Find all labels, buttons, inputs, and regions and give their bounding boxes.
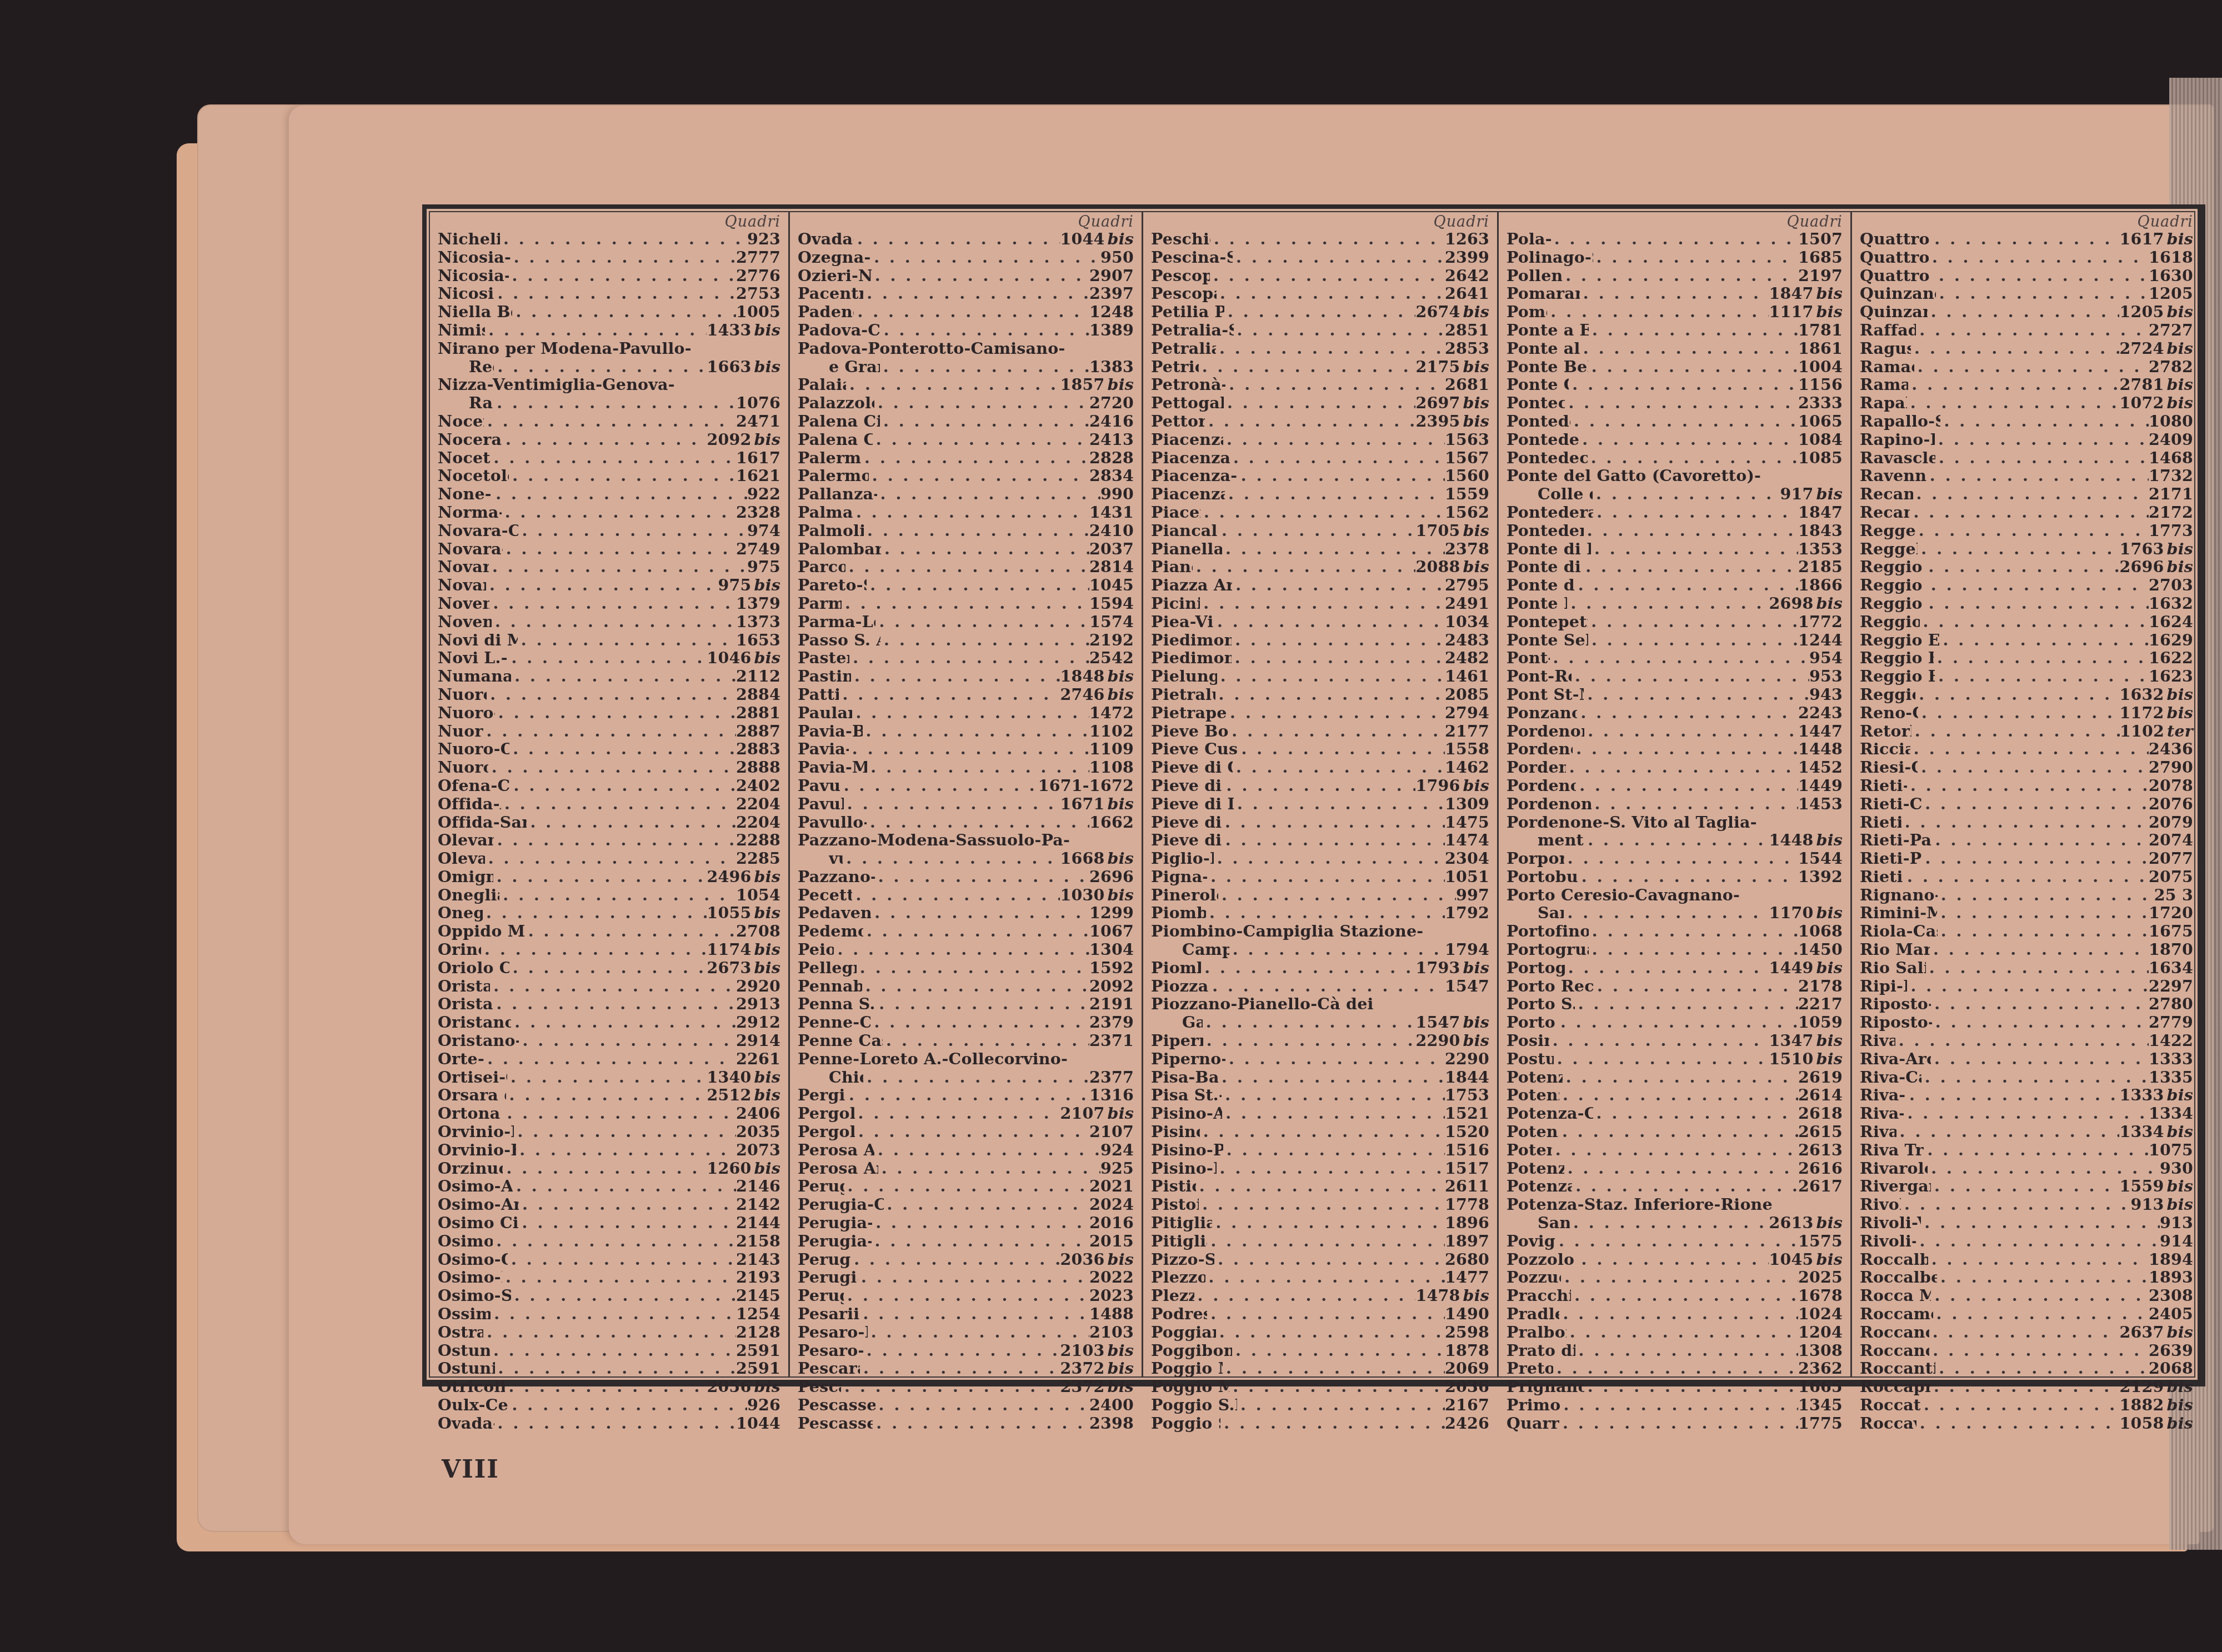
table-number-suffix: bis: [754, 1085, 780, 1104]
leader-dots: [492, 485, 747, 503]
table-number-suffix: bis: [2167, 229, 2193, 248]
index-entry: Orzinuovi-Chiari-Rovato1260bis: [438, 1159, 780, 1178]
table-number: 1663bis: [707, 358, 780, 376]
index-entry: Piea-Villanova d'Asti1034: [1151, 613, 1489, 631]
table-number-value: 925: [1100, 1159, 1134, 1178]
leader-dots: [1207, 1305, 1445, 1323]
index-entry: Perugia-Corciano-Perugia2016: [798, 1214, 1134, 1232]
table-number: 1433bis: [707, 321, 780, 339]
index-entry: Perugia-Monteluce2036bis: [798, 1250, 1134, 1269]
index-entry: Novi di Mod.-Modena-Carpi1653: [438, 631, 780, 649]
leader-dots: [863, 1341, 1060, 1360]
table-number: 1248: [1089, 303, 1134, 321]
table-number: 1477: [1445, 1268, 1489, 1286]
table-number-suffix: bis: [1463, 776, 1489, 795]
table-number: 1205bis: [2119, 303, 2193, 321]
table-number-value: 2907: [1089, 266, 1134, 285]
leader-dots: [1935, 267, 2149, 285]
station-route-name: Novara-Furnari Staz.: [438, 540, 503, 558]
leader-dots: [844, 795, 1060, 813]
table-number: 2920: [736, 977, 780, 995]
leader-dots: [840, 777, 1038, 795]
table-number: 2637bis: [2119, 1323, 2193, 1341]
table-number: 2076: [2149, 795, 2193, 813]
table-number: 1705bis: [1415, 522, 1489, 540]
table-number-value: 1732: [2149, 466, 2193, 485]
station-route-name: Rieti-Poggio Mirteto: [1860, 849, 1921, 868]
table-number-suffix: bis: [1816, 1213, 1843, 1232]
table-number: 2092: [1089, 977, 1134, 995]
leader-dots: [1563, 1068, 1798, 1087]
leader-dots: [1223, 1359, 1445, 1378]
index-entry: Ozieri-Nughedu-S. Nicolò2907: [798, 267, 1134, 285]
table-number: 913bis: [2131, 1195, 2194, 1214]
index-entry: Sanatorio1170bis: [1507, 904, 1843, 922]
index-entry: Potenza-Avigliano2619: [1507, 1068, 1843, 1087]
table-number: 1084: [1798, 430, 1843, 449]
table-number: 974: [747, 522, 780, 540]
index-entry: Potenza-Montemilone2617: [1507, 1177, 1843, 1195]
table-number-suffix: bis: [754, 867, 780, 886]
table-number: 1629: [2149, 631, 2193, 649]
index-entry: Rapallo-S. Margherita Ligure1080: [1860, 412, 2193, 430]
table-number-value: 1778: [1445, 1195, 1489, 1214]
table-number: 1671-1672: [1038, 777, 1134, 795]
index-entry: Ozegna-S. Giorgio-Ivrea950: [798, 248, 1134, 267]
index-entry: Nizza-Ventimiglia-Genova-: [438, 376, 780, 394]
leader-dots: [1194, 1286, 1416, 1305]
table-number-value: 2297: [2149, 977, 2193, 995]
index-entry: Primolano-Feltre1345: [1507, 1396, 1843, 1414]
table-number-value: 1080: [2149, 412, 2193, 430]
table-number: 1392: [1798, 868, 1843, 886]
table-number-value: 2698: [1769, 594, 1813, 613]
table-number: 2078: [2149, 777, 2193, 795]
table-number: 1316: [1089, 1086, 1134, 1104]
table-number-value: 2288: [736, 830, 780, 849]
table-number: 1878: [1445, 1341, 1489, 1360]
table-number-value: 1045: [1769, 1250, 1813, 1269]
leader-dots: [844, 1177, 1089, 1195]
index-entry: Pisino-Portole-Trieste1517: [1151, 1159, 1489, 1178]
leader-dots: [1904, 1104, 2148, 1123]
leader-dots: [525, 922, 736, 940]
station-route-name: Penna S. Giovanni-Falerone: [798, 995, 875, 1013]
leader-dots: [502, 503, 736, 522]
table-number: 2512bis: [707, 1086, 780, 1104]
table-number-value: 1516: [1445, 1140, 1489, 1159]
leader-dots: [1588, 358, 1798, 376]
index-entry: Pontedera-Castelnuovo Val di C.1847: [1507, 503, 1843, 522]
index-entry: Pradleves-Cuneo1024: [1507, 1305, 1843, 1323]
table-number-value: 1575: [1798, 1232, 1843, 1250]
table-number: 2172: [2149, 503, 2193, 522]
table-number-value: 1005: [736, 302, 780, 321]
index-entry: Pergola-Sassoferrato2107bis: [798, 1104, 1134, 1123]
table-number: 1753: [1445, 1086, 1489, 1104]
table-number: 1623: [2149, 667, 2193, 685]
leader-dots: [1234, 795, 1445, 813]
table-number: 2399: [1445, 248, 1489, 267]
leader-dots: [872, 1232, 1089, 1250]
index-entry: Portogruaro-Stazione1449bis: [1507, 959, 1843, 977]
table-number-value: 2781: [2119, 375, 2164, 394]
station-route-name: Ponzano-Poggio Mirteto: [1507, 704, 1577, 722]
leader-dots: [862, 977, 1089, 995]
index-entry: Ostuni-Villanuova2591: [438, 1359, 780, 1378]
index-entry: Piedimonte d'Alife-Telese St.2482: [1151, 649, 1489, 667]
table-number-value: 1663: [707, 357, 751, 376]
station-route-name: Rapallo-S. Margherita Ligure: [1860, 412, 1940, 430]
index-entry: Pordenone-Pasiano1452: [1507, 758, 1843, 777]
leader-dots: [1565, 394, 1798, 412]
leader-dots: [484, 1050, 736, 1068]
table-number-value: 1678: [1798, 1286, 1843, 1305]
table-number-value: 923: [747, 229, 780, 248]
leader-dots: [1222, 1104, 1445, 1123]
table-number-value: 1897: [1445, 1232, 1489, 1250]
station-route-name: Numana-Osimo Stazione: [438, 667, 511, 685]
index-entry: Picinisco-Atina2491: [1151, 594, 1489, 613]
station-route-name: Piacenza-Cortemaggiore: [1151, 430, 1223, 449]
station-route-name: Piedimonte d'Alife-Telese St.: [1151, 649, 1232, 667]
table-number-value: 1108: [1089, 758, 1134, 777]
table-number: 1843: [1798, 522, 1843, 540]
table-number: 1562: [1445, 503, 1489, 522]
table-number-value: 1520: [1445, 1122, 1489, 1141]
station-route-name: Niella Belbo-Ponte Belbo: [438, 303, 512, 321]
index-entry: Oneglia-Ormea1055bis: [438, 904, 780, 922]
table-number-value: 1004: [1798, 357, 1843, 376]
index-entry: Pareto-Spigno Stazione1045: [798, 576, 1134, 594]
station-route-name: Penne-Civitella Casanova: [798, 1013, 870, 1032]
index-entry: Riva-Cascata-Varone1335: [1860, 1068, 2193, 1087]
table-number: 1308: [1798, 1341, 1843, 1360]
index-entry: Orvinio-Mandela Stazione2035: [438, 1123, 780, 1141]
table-number: 2178: [1798, 977, 1843, 995]
index-entry: Pescara-Pineta2372bis: [798, 1378, 1134, 1396]
station-route-name: Rignano-S. Marco in Lamis: [1860, 886, 1938, 904]
table-number-value: 1383: [1089, 357, 1134, 376]
index-entry: Pieve di Soligo-Bassano1475: [1151, 813, 1489, 832]
table-number: 1547bis: [1415, 1013, 1489, 1032]
table-number: 2883: [736, 740, 780, 758]
station-route-name: Novi L.-Francav.-Generassi: [438, 649, 508, 667]
table-number: 1379: [736, 594, 780, 613]
index-entry: Pieve Bovigliana-Camerino2177: [1151, 722, 1489, 740]
table-number-value: 2413: [1089, 430, 1134, 449]
table-number-value: 1468: [2149, 448, 2193, 467]
index-entry: Pettorano-Sulmona2395bis: [1151, 412, 1489, 430]
index-entry: Nocetolo-Reggio Emilia1621: [438, 467, 780, 485]
leader-dots: [509, 959, 707, 977]
table-number: 1475: [1445, 813, 1489, 832]
leader-dots: [514, 1123, 736, 1141]
station-route-name: Palombara-St. Fara Montelibr.: [798, 540, 881, 558]
table-number-value: 2076: [2149, 794, 2193, 813]
table-number-value: 1340: [707, 1068, 751, 1087]
table-number: 1848bis: [1060, 667, 1134, 685]
table-number: 1662: [1089, 813, 1134, 832]
table-number-value: 1044: [1060, 229, 1104, 248]
leader-dots: [1934, 649, 2149, 667]
leader-dots: [1921, 849, 2148, 868]
table-number: 1720: [2149, 904, 2193, 922]
table-number-value: 2197: [1798, 266, 1843, 285]
station-route-name: Pedavena-Feltro-Stazione: [798, 904, 871, 922]
table-number: 2304: [1445, 849, 1489, 868]
leader-dots: [854, 303, 1089, 321]
station-route-name: Pacentro-Introdacqua: [798, 284, 863, 303]
table-number-value: 1248: [1089, 302, 1134, 321]
leader-dots: [1906, 1086, 2120, 1104]
station-route-name: Pieve Cusignano-Borgo S.Donn.: [1151, 740, 1238, 758]
index-entry: Piperno-Piperno Stazione2290: [1151, 1050, 1489, 1068]
station-route-name: Quattro Castella-Langhirano: [1860, 230, 1931, 248]
table-number-value: 1051: [1445, 867, 1489, 886]
index-entry: Riesi-Caltanissetta2790: [1860, 758, 2193, 777]
leader-dots: [1232, 1341, 1445, 1360]
table-number: 1793bis: [1415, 959, 1489, 977]
index-entry: Raffadali-Girgenti2727: [1860, 321, 2193, 339]
index-entry: Ravenna-Porto Corsini1732: [1860, 467, 2193, 485]
station-route-name: Nicosia-Pirato Stazione: [438, 267, 509, 285]
table-number-suffix: bis: [1463, 393, 1489, 412]
index-entry: Padova-Chioggia-Sottomarina1389: [798, 321, 1134, 339]
station-route-name: Rivarolo-Forno-Rivara: [1860, 1159, 1928, 1178]
station-route-name: Reno-Gemonio-Varese: [1860, 704, 1918, 722]
table-number-value: 1034: [1445, 612, 1489, 631]
table-number-value: 2036: [1060, 1250, 1104, 1269]
table-number: 925: [1100, 1159, 1134, 1178]
table-number: 2782: [2149, 358, 2193, 376]
table-number: 2753: [736, 284, 780, 303]
index-entry: Orino-Cocquio1174bis: [438, 940, 780, 959]
index-entry: Potenza-Gravina2615: [1507, 1123, 1843, 1141]
table-number: 2611: [1445, 1177, 1489, 1195]
index-entry: Rivergaro-Montech. (chiesa)1559bis: [1860, 1177, 2193, 1195]
station-route-name: Rivoli-Valdellatorre: [1860, 1214, 1921, 1232]
leader-dots: [1940, 412, 2149, 430]
station-route-name: Piperno-Frosinone: [1151, 1032, 1203, 1050]
table-number: 1156: [1798, 376, 1843, 394]
index-entry: Pinerolo-Carmagnola997: [1151, 886, 1489, 904]
index-entry: Pielungo-Spilimbergo1461: [1151, 667, 1489, 685]
index-entry: Pecetto-Alessandria1030bis: [798, 886, 1134, 904]
index-entry: Poggio Moiano-Fara Sabina2036: [1151, 1378, 1489, 1396]
leader-dots: [1926, 959, 2149, 977]
table-number: 2613: [1798, 1141, 1843, 1159]
table-number: 1516: [1445, 1141, 1489, 1159]
station-route-name: Potenza-Staz. Inferiore-Rione: [1507, 1195, 1773, 1214]
station-route-name: Rivoli-Villarbasse: [1860, 1232, 1916, 1250]
index-entry: Pesariis-Comeglians1488: [798, 1305, 1134, 1323]
station-route-name: Rieti-Carsoli: [1860, 813, 1901, 832]
index-entry: Oristano-Neoneli2913: [438, 995, 780, 1013]
index-entry: Rieti-S. Lucia2075: [1860, 868, 2193, 886]
index-entry: Pescopagano-Eboli2642: [1151, 267, 1489, 285]
index-entry: Pescopagano-Rionero2641: [1151, 284, 1489, 303]
leader-dots: [1222, 831, 1445, 849]
table-number-value: 2426: [1445, 1414, 1489, 1433]
table-number: 2197: [1798, 267, 1843, 285]
table-number: 1547: [1445, 977, 1489, 995]
table-number-suffix: bis: [1463, 557, 1489, 576]
table-number-value: 1333: [2149, 1049, 2193, 1068]
station-route-name: Campiglia Paese: [1182, 940, 1229, 959]
station-route-name: Pordenone-Pasiano: [1507, 758, 1566, 777]
table-number-value: 1472: [1089, 703, 1134, 722]
table-number: 2085: [1445, 685, 1489, 704]
table-number: 1347bis: [1769, 1032, 1843, 1050]
index-entry: Pontecorvo-Formia2333: [1507, 394, 1843, 412]
leader-dots: [485, 321, 707, 339]
index-entry: Rio Saliceto-Reggio E.1634: [1860, 959, 2193, 977]
station-route-name: Pergine-Trento: [798, 1086, 845, 1104]
station-route-name: Parco-Palermo: [798, 558, 845, 576]
leader-dots: [845, 558, 1089, 576]
leader-dots: [1224, 303, 1415, 321]
index-entry: Perosa Arg.-Pragelato-Oulx925: [798, 1159, 1134, 1178]
station-route-name: Roccantica-Poggio Mirteto: [1860, 1359, 1935, 1378]
station-route-name: Petilia Policastro-Cutro Staz.: [1151, 303, 1224, 321]
table-number: 1594: [1089, 594, 1134, 613]
leader-dots: [512, 303, 735, 321]
table-number-value: 1068: [1798, 922, 1843, 940]
table-number: 2015: [1089, 1232, 1134, 1250]
index-entry: Piacenza-Gossolengo-Rivergaro1560: [1151, 467, 1489, 485]
table-number: 1861: [1798, 339, 1843, 358]
leader-dots: [1580, 339, 1798, 358]
index-entry: Rivarolo-Forno-Rivara930: [1860, 1159, 2193, 1178]
table-number-value: 1617: [736, 448, 780, 467]
index-entry: Oristano-Tresnuraghes-Bosa2914: [438, 1032, 780, 1050]
table-number-value: 2185: [1798, 557, 1843, 576]
station-route-name: Nuoro-Oliena: [438, 722, 483, 740]
table-number-suffix: bis: [1108, 375, 1134, 394]
station-route-name: Rivergaro-Montech. (chiesa): [1860, 1177, 1931, 1195]
station-route-name: Rapallo: [469, 394, 493, 412]
station-route-name: Pieve di Cadore-Villa Santina: [1151, 758, 1233, 777]
index-entry: Roccanova-S. Arcangelo2639: [1860, 1341, 2193, 1360]
table-number: 2619: [1798, 1068, 1843, 1087]
table-number-value: 1461: [1445, 667, 1489, 685]
table-number: 2371: [1089, 1032, 1134, 1050]
index-entry: Pastina-Santa Luce1848bis: [798, 667, 1134, 685]
table-number: 1102: [1089, 722, 1134, 740]
station-route-name: Paularo-Tolmezzo: [798, 704, 852, 722]
station-route-name: Pigna-Ventimiglia: [1151, 868, 1207, 886]
index-entry: Rimini-Morciano-Mondaino1720: [1860, 904, 2193, 922]
table-number-value: 1067: [1089, 922, 1134, 940]
station-route-name: Ostuni-Villanuova: [438, 1359, 495, 1378]
table-number-value: 1085: [1798, 448, 1843, 467]
station-route-name: Pordenone-S. Vito al Taglia-: [1507, 813, 1757, 832]
index-entry: Petronà-Cropani Stazione2681: [1151, 376, 1489, 394]
table-number: 943: [1809, 685, 1843, 704]
leader-dots: [1210, 267, 1445, 285]
table-number: 2193: [736, 1268, 780, 1286]
station-route-name: Roccavignale-Savona: [1860, 1414, 1916, 1433]
leader-dots: [1218, 1068, 1445, 1087]
station-route-name: Oneglia-Ormea: [438, 904, 483, 922]
leader-dots: [1580, 284, 1769, 303]
station-route-name: Pazzano-Modena-Sassuolo-Pa-: [798, 831, 1070, 849]
station-route-name: Olevano-Stazione: [438, 831, 494, 849]
station-route-name: Nimis-Tricesimo: [438, 321, 485, 339]
leader-dots: [1925, 594, 2149, 613]
station-route-name: Prato di Resia-Resiutta: [1507, 1341, 1575, 1360]
table-number-suffix: bis: [1816, 958, 1843, 977]
leader-dots: [1209, 977, 1445, 995]
table-number: 1866: [1798, 576, 1843, 594]
table-number: 917bis: [1780, 485, 1843, 503]
table-number-suffix: bis: [2167, 1085, 2193, 1104]
leader-dots: [880, 631, 1089, 649]
leader-dots: [483, 1323, 736, 1341]
index-entry: Orvinio-Fiacchini (Osteria)2073: [438, 1141, 780, 1159]
station-route-name: Riola-Castiglione dei Pepoli: [1860, 922, 1938, 940]
index-entry: Ramacca-Catania2782: [1860, 358, 2193, 376]
table-number-value: 2619: [1798, 1068, 1843, 1087]
table-number-value: 2397: [1089, 284, 1134, 303]
table-number: 2828: [1089, 449, 1134, 467]
station-route-name: Pescasseroli-Pescina Staz.: [798, 1414, 873, 1433]
table-number-value: 2780: [2149, 994, 2193, 1013]
station-route-name: Oristano-Laconi: [438, 977, 490, 995]
table-number-value: 2204: [736, 813, 780, 832]
station-route-name: Ramacca-Scordia: [1860, 376, 1908, 394]
table-number-value: 1309: [1445, 794, 1489, 813]
station-route-name: Palmoli-S. Salvo-Vasto: [798, 522, 864, 540]
index-entry: Palmanova-Udine1431: [798, 503, 1134, 522]
table-number-suffix: bis: [1816, 302, 1843, 321]
leader-dots: [1593, 485, 1780, 503]
table-number: 2333: [1798, 394, 1843, 412]
index-entry: Plezzo-Tarvisio1478bis: [1151, 1286, 1489, 1305]
table-number: 1847bis: [1769, 284, 1843, 303]
leader-dots: [1931, 995, 2149, 1013]
table-number-value: 2079: [2149, 813, 2193, 832]
table-number-value: 1170: [1769, 903, 1813, 922]
station-route-name: Poviglio-Parma: [1507, 1232, 1555, 1250]
table-number: 1058bis: [2119, 1414, 2193, 1433]
leader-dots: [493, 995, 736, 1013]
leader-dots: [484, 412, 736, 430]
station-route-name: Ramacca-Catania: [1860, 358, 1914, 376]
index-entry: Nuoro-Monti-Telti2881: [438, 704, 780, 722]
leader-dots: [1205, 1268, 1445, 1286]
station-route-name: Roccalbegna-Monte Amiata: [1860, 1268, 1937, 1286]
table-number-value: 2112: [736, 667, 780, 685]
index-entry: Pont-Ronco-Valprato953: [1507, 667, 1843, 685]
station-route-name: Offida-Sambenedetto del Tronto: [438, 813, 527, 832]
index-entry: Osimo-Filottrano2158: [438, 1232, 780, 1250]
station-route-name: Pisino-Pinguente-Trieste: [1151, 1141, 1223, 1159]
table-number: 2073: [736, 1141, 780, 1159]
index-entry: Piacenza-Ziano1562: [1151, 503, 1489, 522]
station-route-name: Porto Ceresio-Cavagnano-: [1507, 886, 1740, 904]
table-number-value: 975: [747, 557, 780, 576]
table-number-value: 2025: [1798, 1268, 1843, 1286]
station-route-name: Potenza-Melfi: [1507, 1141, 1552, 1159]
table-number: 1059: [1798, 1013, 1843, 1032]
table-number-value: 2639: [2149, 1341, 2193, 1360]
table-number: 1075: [2149, 1141, 2193, 1159]
station-route-name: Pomarance-Saline di Volterra: [1507, 284, 1580, 303]
index-entry: Plezzo-Caporetto1477: [1151, 1268, 1489, 1286]
table-number-value: 2884: [736, 685, 780, 704]
